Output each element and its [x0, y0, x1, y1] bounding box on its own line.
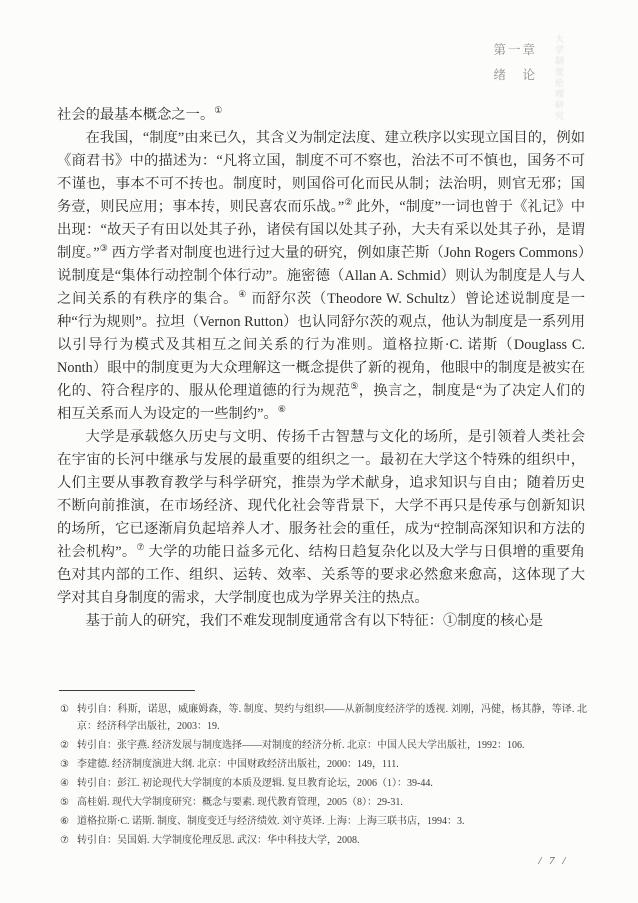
footnote-number: ⑦ — [60, 833, 77, 850]
chapter-title: 绪 论 — [493, 63, 537, 88]
footnote-item-4: ④ 转引自：彭江. 初论现代大学制度的本质及逻辑. 复旦教育论坛，2006（1）… — [57, 776, 587, 793]
footnote-item-3: ③ 李建德. 经济制度演进大纲. 北京：中国财政经济出版社，2000：149，1… — [57, 757, 587, 774]
footnote-number: ⑥ — [60, 814, 77, 831]
paragraph-institution-origin: 在我国，“制度”由来已久，其含义为制定法度、建立秩序以实现立国目的，例如《商君书… — [57, 127, 585, 426]
footnote-item-6: ⑥ 道格拉斯·C. 诺斯. 制度、制度变迁与经济绩效. 刘守英译. 上海：上海三… — [57, 814, 587, 831]
footnote-text: 李建德. 经济制度演进大纲. 北京：中国财政经济出版社，2000：149，111… — [77, 757, 587, 774]
footnote-separator-rule — [59, 690, 195, 691]
footnote-item-5: ⑤ 高桂娟. 现代大学制度研究：概念与要素. 现代教育管理，2005（8）：29… — [57, 795, 587, 812]
footnote-item-1: ① 转引自：科斯，诺思，威廉姆森，等. 制度、契约与组织——从新制度经济学的透视… — [57, 702, 587, 735]
footnote-number: ⑤ — [60, 795, 77, 812]
footnote-number: ③ — [60, 757, 77, 774]
paragraph-continuation: 社会的最基本概念之一。① — [57, 104, 585, 127]
footnote-number: ④ — [60, 776, 77, 793]
footnote-text: 转引自：彭江. 初论现代大学制度的本质及逻辑. 复旦教育论坛，2006（1）：3… — [77, 776, 587, 793]
footnote-text: 高桂娟. 现代大学制度研究：概念与要素. 现代教育管理，2005（8）：29-3… — [77, 795, 587, 812]
body-text: 社会的最基本概念之一。① 在我国，“制度”由来已久，其含义为制定法度、建立秩序以… — [57, 104, 585, 633]
page-number: / 7 / — [538, 855, 568, 867]
book-page: 第一章 绪 论 大学制度伦理研究 社会的最基本概念之一。① 在我国，“制度”由来… — [0, 0, 638, 903]
running-head: 第一章 绪 论 — [493, 38, 537, 88]
footnote-number: ② — [60, 738, 77, 755]
footnote-text: 转引自：科斯，诺思，威廉姆森，等. 制度、契约与组织——从新制度经济学的透视. … — [77, 702, 587, 735]
paragraph-institution-features: 基于前人的研究，我们不难发现制度通常含有以下特征：①制度的核心是 — [57, 610, 585, 633]
footnote-item-2: ② 转引自：张宇燕. 经济发展与制度选择——对制度的经济分析. 北京：中国人民大… — [57, 738, 587, 755]
footnote-item-7: ⑦ 转引自：吴国娟. 大学制度伦理反思. 武汉：华中科技大学，2008. — [57, 833, 587, 850]
footnote-text: 转引自：张宇燕. 经济发展与制度选择——对制度的经济分析. 北京：中国人民大学出… — [77, 738, 587, 755]
footnote-number: ① — [60, 702, 77, 719]
footnote-text: 转引自：吴国娟. 大学制度伦理反思. 武汉：华中科技大学，2008. — [77, 833, 587, 850]
chapter-label: 第一章 — [493, 38, 537, 63]
footnote-text: 道格拉斯·C. 诺斯. 制度、制度变迁与经济绩效. 刘守英译. 上海：上海三联书… — [77, 814, 587, 831]
footnotes-section: ① 转引自：科斯，诺思，威廉姆森，等. 制度、契约与组织——从新制度经济学的透视… — [57, 690, 587, 852]
paragraph-university-role: 大学是承载悠久历史与文明、传扬千古智慧与文化的场所，是引领着人类社会在宇宙的长河… — [57, 426, 585, 610]
